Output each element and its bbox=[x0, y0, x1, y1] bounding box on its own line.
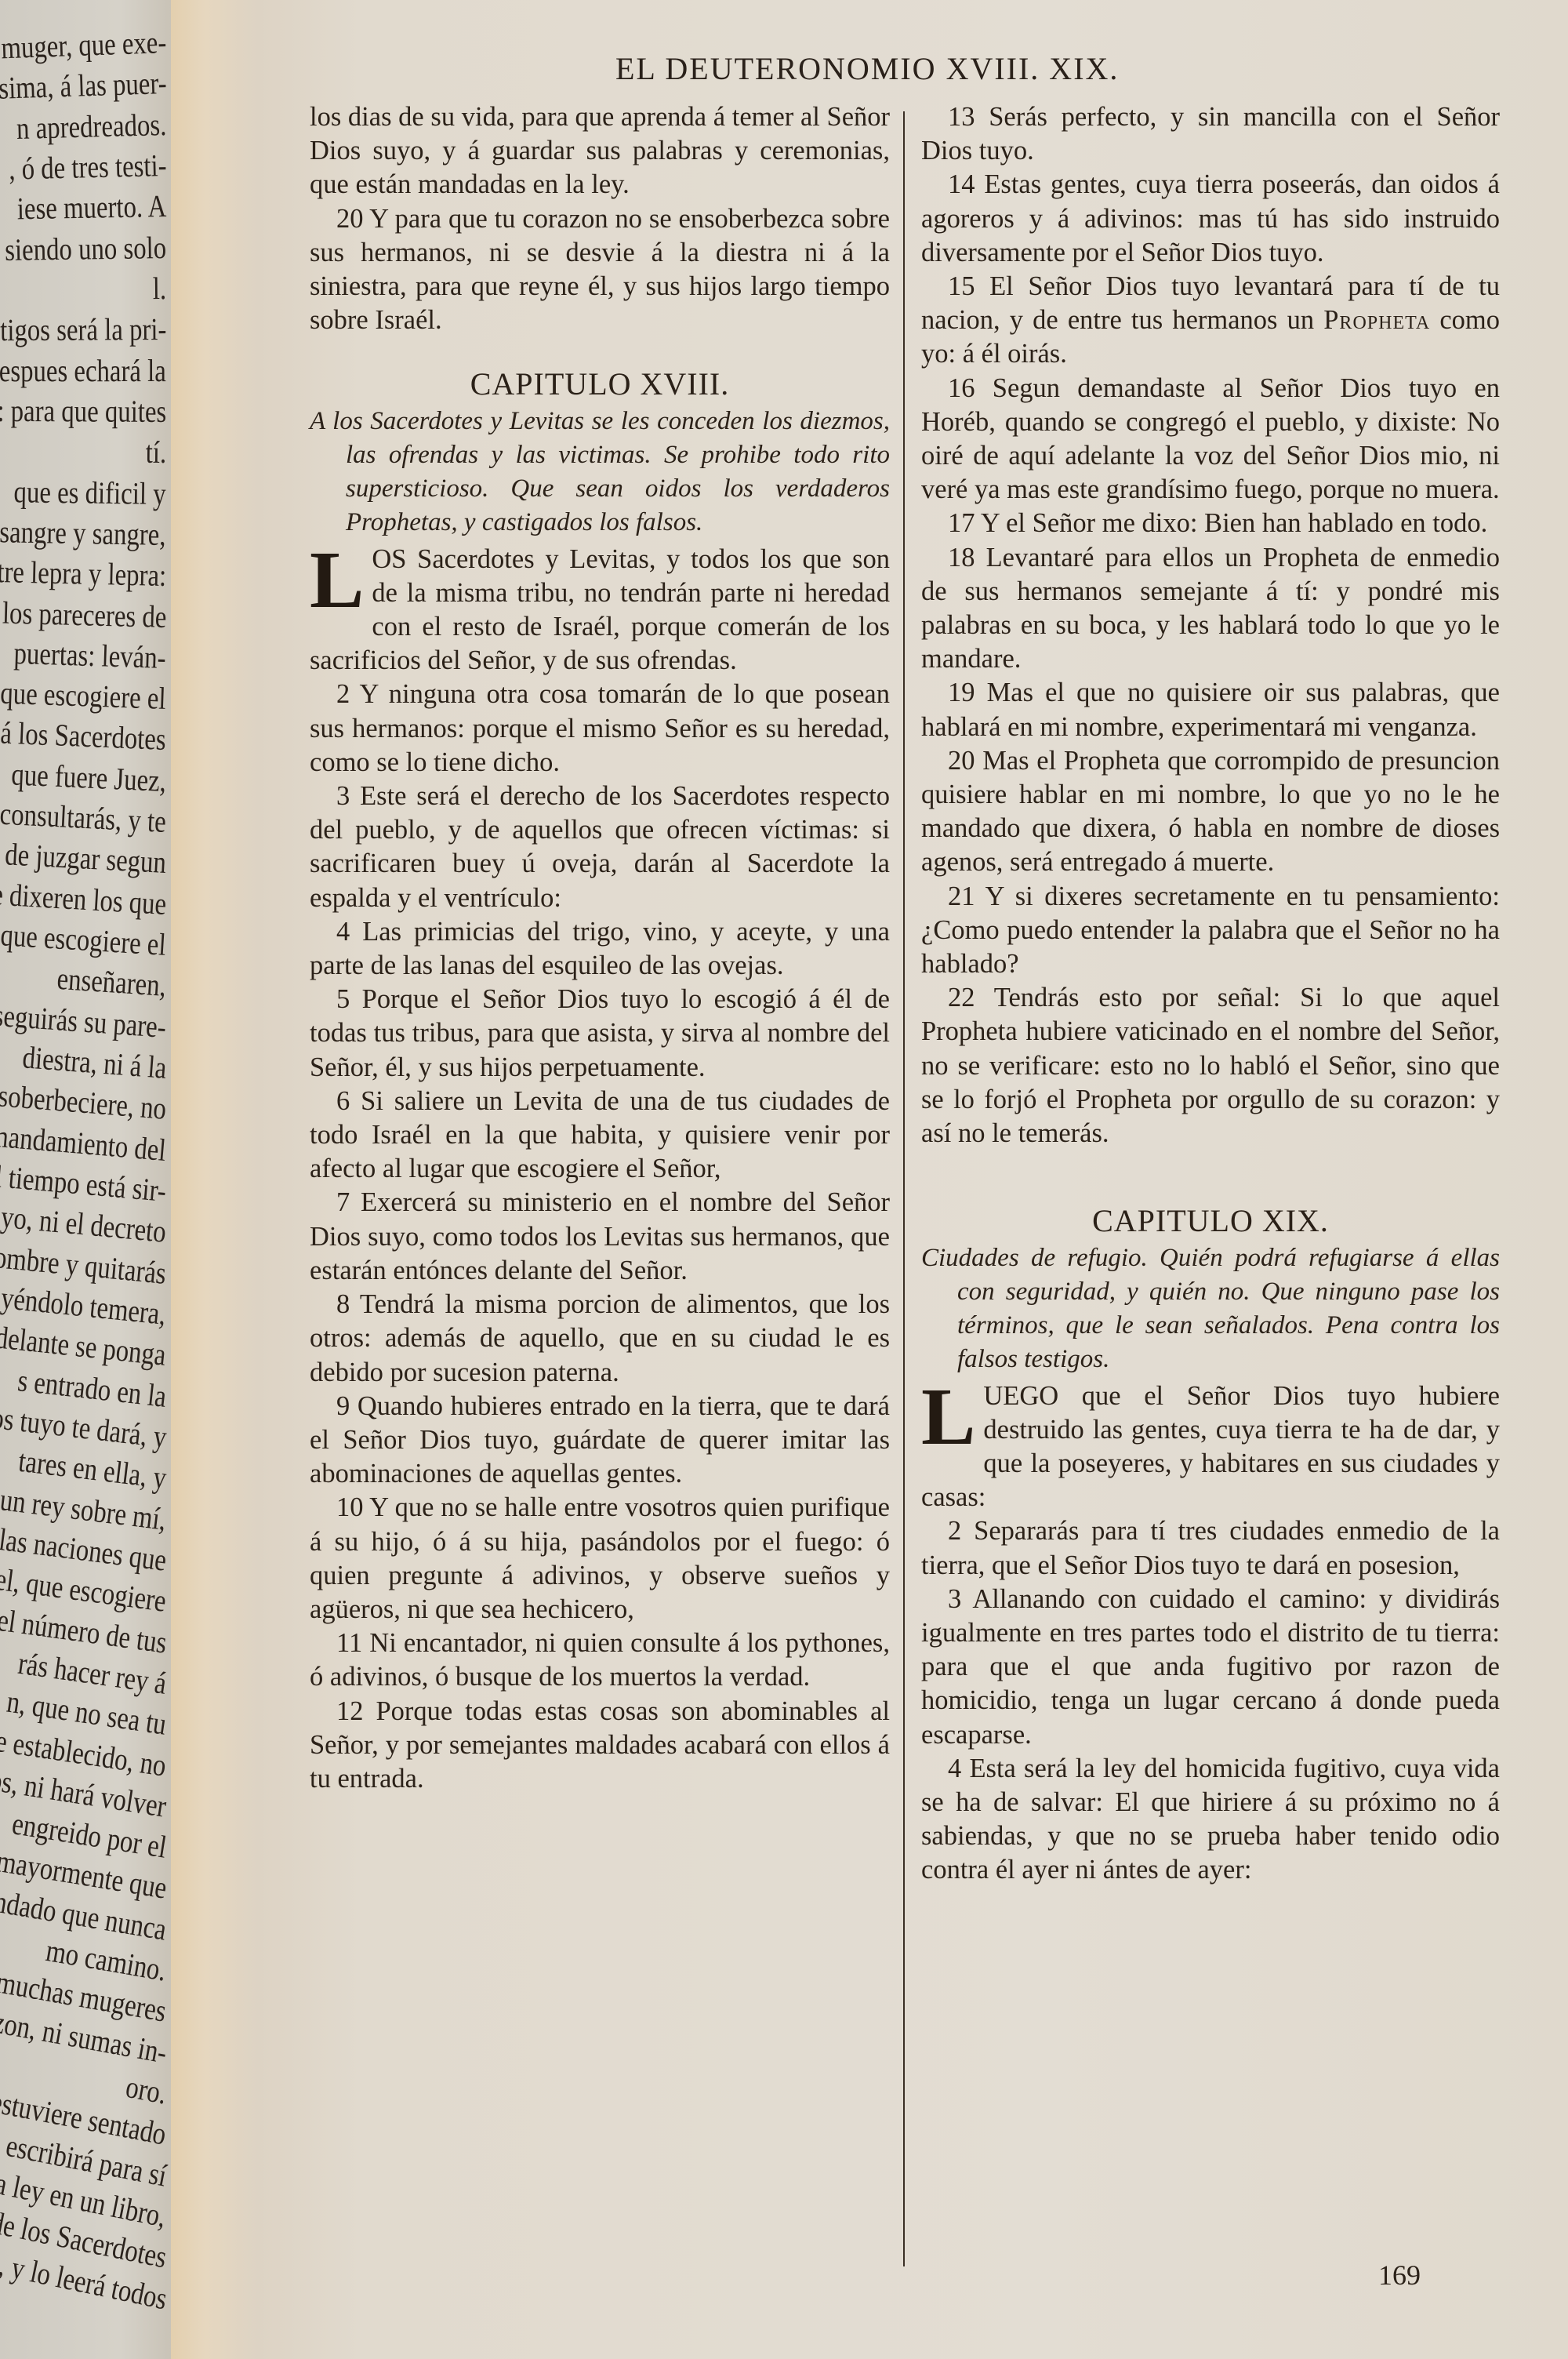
facing-page-line: que escogiere el bbox=[0, 916, 167, 963]
facing-page-line: n apredreados. bbox=[16, 106, 166, 147]
facing-page-fragment: muger, que exe-ísima, á las puer-n apred… bbox=[0, 0, 171, 2359]
facing-page-line: stigos será la pri- bbox=[0, 311, 166, 348]
book-gutter bbox=[171, 0, 257, 2359]
facing-page-line: que fuere Juez, bbox=[11, 755, 167, 799]
verse-1-text: UEGO que el Señor Dios tuyo hubiere dest… bbox=[921, 1381, 1500, 1513]
verse: 22 Tendrás esto por señal: Si lo que aqu… bbox=[921, 981, 1500, 1150]
verse: 10 Y que no se halle entre vosotros quie… bbox=[310, 1491, 890, 1627]
facing-page-line: espues echará la bbox=[0, 352, 166, 389]
verse-1-text: OS Sacerdotes y Levitas, y todos los que… bbox=[310, 544, 890, 676]
verse: 7 Exercerá su ministerio en el nombre de… bbox=[310, 1186, 890, 1288]
facing-page-line: : para que quites bbox=[0, 392, 166, 430]
verse: 17 Y el Señor me dixo: Bien han hablado … bbox=[921, 507, 1500, 540]
verse: 12 Porque todas estas cosas son abominab… bbox=[310, 1695, 890, 1797]
facing-page-line: l. bbox=[152, 270, 166, 307]
chapter-title-xix: CAPITULO XIX. bbox=[921, 1204, 1500, 1238]
facing-page-line: tí. bbox=[145, 434, 166, 471]
chapter-summary-xviii: A los Sacerdotes y Levitas se les conced… bbox=[310, 405, 890, 540]
facing-page-line: puertas: leván- bbox=[13, 634, 166, 676]
facing-page-line: , siendo uno solo bbox=[0, 229, 166, 268]
verse: 4 Esta será la ley del homicida fugitivo… bbox=[921, 1752, 1500, 1888]
drop-cap: L bbox=[921, 1386, 975, 1448]
facing-page-line: iese muerto. A bbox=[16, 187, 166, 227]
facing-page-line: de juzgar segun bbox=[4, 836, 167, 881]
chapter-title-xviii: CAPITULO XVIII. bbox=[310, 367, 890, 401]
chapter-gap bbox=[921, 1150, 1500, 1174]
facing-page-line: que escogiere el bbox=[0, 674, 167, 717]
verse: 19 Mas el que no quisiere oir sus palabr… bbox=[921, 676, 1500, 743]
facing-page-line: oro. bbox=[123, 2068, 170, 2112]
verse: 9 Quando hubieres entrado en la tierra, … bbox=[310, 1390, 890, 1492]
facing-page-line: á los Sacerdotes bbox=[0, 714, 167, 758]
chapter-summary-xix: Ciudades de refugio. Quién podrá refugia… bbox=[921, 1241, 1500, 1376]
facing-page-line: seguirás su pare- bbox=[0, 996, 168, 1045]
verse: 11 Ni encantador, ni quien consulte á lo… bbox=[310, 1627, 890, 1694]
page-number: 169 bbox=[1378, 2259, 1421, 2292]
verse-15: 15 El Señor Dios tuyo levantará para tí … bbox=[921, 270, 1500, 372]
facing-page-line: que es dificil y bbox=[14, 473, 167, 512]
verse: 21 Y si dixeres secretamente en tu pensa… bbox=[921, 880, 1500, 982]
verse: 20 Mas el Propheta que corrompido de pre… bbox=[921, 744, 1500, 880]
verse: 2 Y ninguna otra cosa tomarán de lo que … bbox=[310, 678, 890, 780]
verse: 13 Serás perfecto, y sin mancilla con el… bbox=[921, 100, 1500, 168]
verse: 3 Este será el derecho de los Sacerdotes… bbox=[310, 780, 890, 915]
propheta-smallcaps: Propheta bbox=[1323, 305, 1430, 335]
facing-page-line: tre lepra y lepra: bbox=[0, 553, 167, 594]
verse-1: LOS Sacerdotes y Levitas, y todos los qu… bbox=[310, 543, 890, 678]
facing-page-line: e sangre y sangre, bbox=[0, 513, 166, 553]
verse: 2 Separarás para tí tres ciudades enmedi… bbox=[921, 1514, 1500, 1582]
verse: 6 Si saliere un Levita de una de tus ciu… bbox=[310, 1085, 890, 1187]
facing-page-line: , ó de tres testi- bbox=[8, 147, 166, 187]
facing-page-line: muger, que exe- bbox=[0, 24, 166, 66]
verse: 8 Tendrá la misma porcion de alimentos, … bbox=[310, 1288, 890, 1390]
verse: 14 Estas gentes, cuya tierra poseerás, d… bbox=[921, 168, 1500, 270]
verse: 4 Las primicias del trigo, vino, y aceyt… bbox=[310, 915, 890, 983]
verse: 16 Segun demandaste al Señor Dios tuyo e… bbox=[921, 372, 1500, 507]
right-column: 13 Serás perfecto, y sin mancilla con el… bbox=[921, 100, 1500, 1888]
facing-page-line: ie dixeren los que bbox=[0, 874, 167, 921]
verse: 18 Levantaré para ellos un Propheta de e… bbox=[921, 541, 1500, 677]
verse-20: 20 Y para que tu corazon no se ensoberbe… bbox=[310, 202, 890, 338]
left-column: los dias de su vida, para que aprenda á … bbox=[310, 100, 890, 1796]
continued-verse: los dias de su vida, para que aprenda á … bbox=[310, 100, 890, 202]
facing-page-line: los pareceres de bbox=[2, 594, 167, 634]
facing-page-line: enseñaren, bbox=[56, 960, 167, 1004]
verse: 3 Allanando con cuidado el camino: y div… bbox=[921, 1583, 1500, 1752]
verse: 5 Porque el Señor Dios tuyo lo escogió á… bbox=[310, 983, 890, 1085]
drop-cap: L bbox=[310, 549, 364, 612]
facing-page-line: consultarás, y te bbox=[0, 795, 167, 840]
facing-page-line: ísima, á las puer- bbox=[0, 64, 167, 107]
facing-page-line: diestra, ni á la bbox=[21, 1038, 168, 1086]
verse-1: LUEGO que el Señor Dios tuyo hubiere des… bbox=[921, 1379, 1500, 1515]
running-head: EL DEUTERONOMIO XVIII. XIX. bbox=[615, 50, 1119, 87]
column-divider bbox=[903, 111, 905, 2266]
